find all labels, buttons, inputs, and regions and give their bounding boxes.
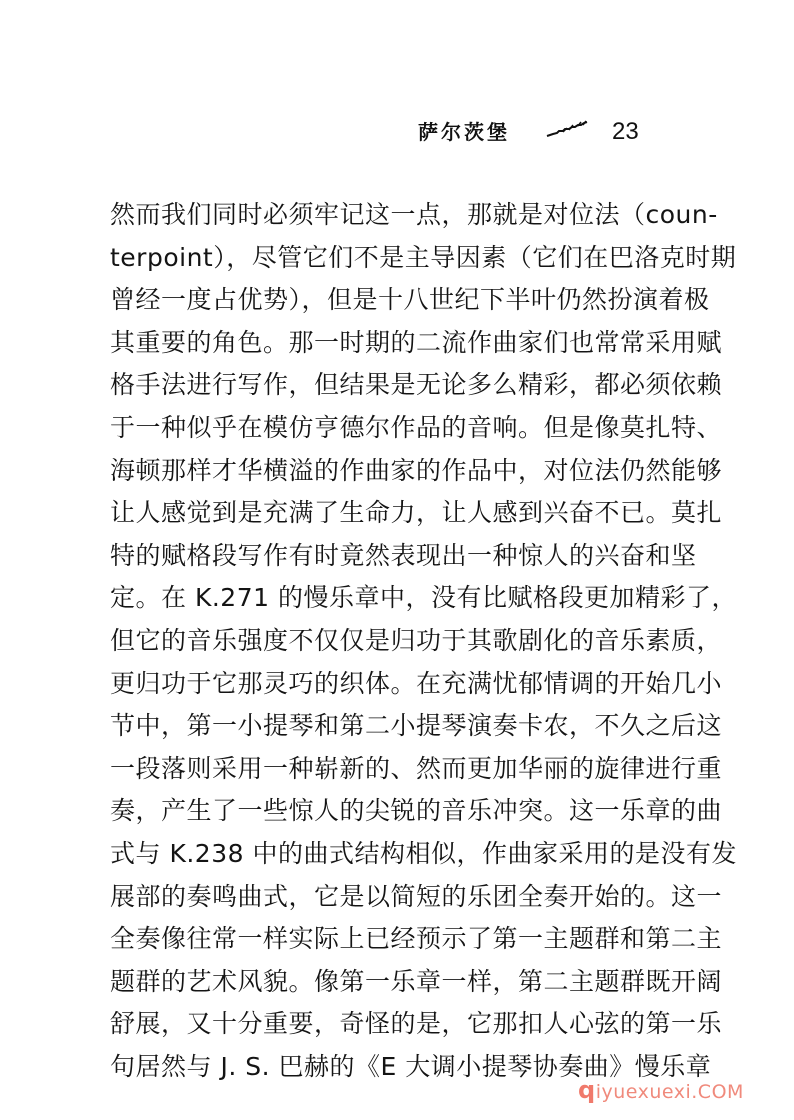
text-line: 舒展，又十分重要，奇怪的是，它那扣人心弦的第一乐 (110, 1009, 670, 1052)
page-number: 23 (612, 118, 639, 146)
text-line: 节中，第一小提琴和第二小提琴演奏卡农，不久之后这 (110, 711, 670, 754)
text-line: 奏，产生了一些惊人的尖锐的音乐冲突。这一乐章的曲 (110, 796, 670, 839)
watermark-text: iyuexuexi.COM (596, 1081, 744, 1103)
watermark: qiyuexuexi.COM (578, 1078, 744, 1104)
text-line: 式与 K.238 中的曲式结构相似，作曲家采用的是没有发 (110, 839, 670, 882)
text-line: 于一种似乎在模仿亨德尔作品的音响。但是像莫扎特、 (110, 413, 670, 456)
body-paragraph: 然而我们同时必须牢记这一点，那就是对位法（coun- terpoint），尽管它… (110, 200, 670, 1094)
running-title: 萨尔茨堡 (418, 120, 510, 144)
text-line: 更归功于它那灵巧的织体。在充满忧郁情调的开始几小 (110, 669, 670, 712)
text-line: 定。在 K.271 的慢乐章中，没有比赋格段更加精彩了， (110, 583, 670, 626)
text-line: 让人感觉到是充满了生命力，让人感到兴奋不已。莫扎 (110, 498, 670, 541)
text-line: 曾经一度占优势），但是十八世纪下半叶仍然扮演着极 (110, 285, 670, 328)
text-line: 但它的音乐强度不仅仅是归功于其歌剧化的音乐素质， (110, 626, 670, 669)
text-line: 题群的艺术风貌。像第一乐章一样，第二主题群既开阔 (110, 967, 670, 1010)
text-line: 然而我们同时必须牢记这一点，那就是对位法（coun- (110, 200, 670, 243)
running-head: 萨尔茨堡 23 (418, 116, 658, 148)
text-line: 其重要的角色。那一时期的二流作曲家们也常常采用赋 (110, 328, 670, 371)
text-line: 格手法进行写作，但结果是无论多么精彩，都必须依赖 (110, 370, 670, 413)
text-line: 一段落则采用一种崭新的、然而更加华丽的旋律进行重 (110, 754, 670, 797)
watermark-initial: q (578, 1076, 596, 1104)
text-line: terpoint），尽管它们不是主导因素（它们在巴洛克时期 (110, 243, 670, 286)
text-line: 全奏像往常一样实际上已经预示了第一主题群和第二主 (110, 924, 670, 967)
text-line: 展部的奏鸣曲式，它是以简短的乐团全奏开始的。这一 (110, 882, 670, 925)
text-line: 特的赋格段写作有时竟然表现出一种惊人的兴奋和坚 (110, 541, 670, 584)
text-line: 海顿那样才华横溢的作曲家的作品中，对位法仍然能够 (110, 456, 670, 499)
ornament-squiggle-icon (545, 120, 589, 140)
